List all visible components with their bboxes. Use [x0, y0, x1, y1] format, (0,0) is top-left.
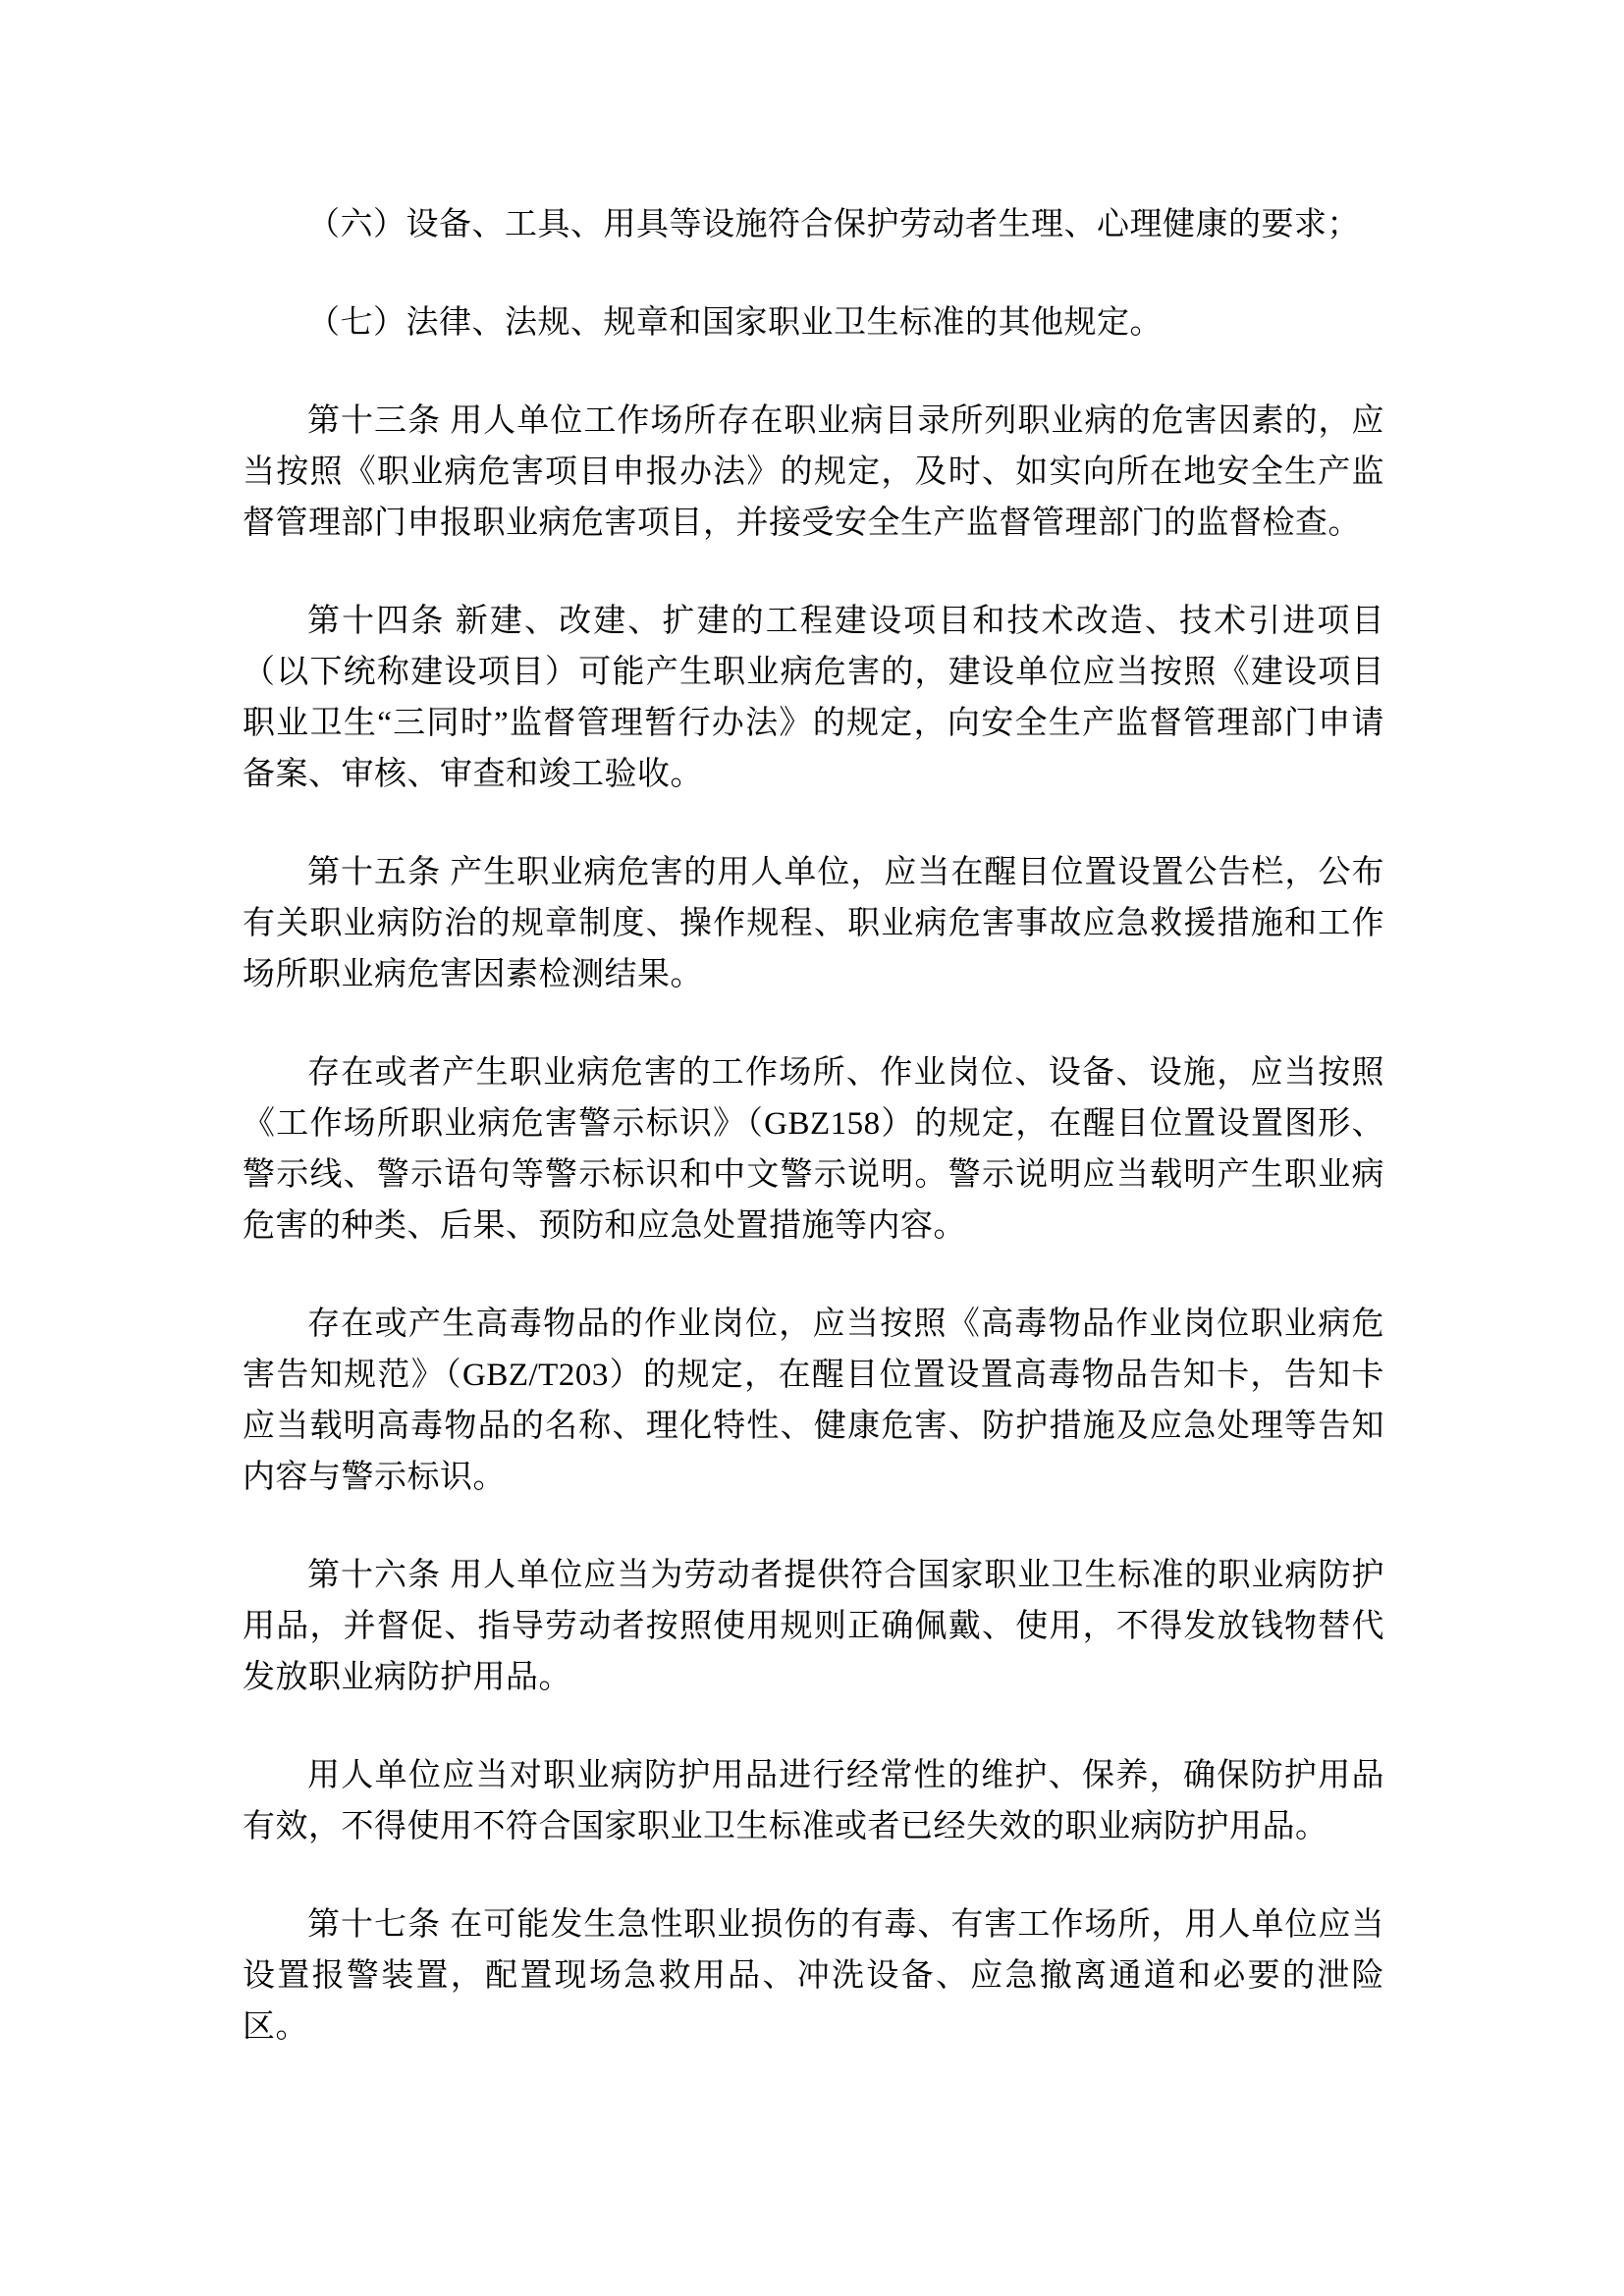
- article-16: 第十六条 用人单位应当为劳动者提供符合国家职业卫生标准的职业病防护用品，并督促、…: [243, 1550, 1384, 1703]
- clause-item-6: （六）设备、工具、用具等设施符合保护劳动者生理、心理健康的要求；: [243, 199, 1384, 250]
- article-17: 第十七条 在可能发生急性职业损伤的有毒、有害工作场所，用人单位应当设置报警装置，…: [243, 1899, 1384, 2053]
- article-16-paragraph-2: 用人单位应当对职业病防护用品进行经常性的维护、保养，确保防护用品有效，不得使用不…: [243, 1750, 1384, 1852]
- clause-item-7: （七）法律、法规、规章和国家职业卫生标准的其他规定。: [243, 297, 1384, 348]
- article-15: 第十五条 产生职业病危害的用人单位，应当在醒目位置设置公告栏，公布有关职业病防治…: [243, 847, 1384, 1000]
- document-body: （六）设备、工具、用具等设施符合保护劳动者生理、心理健康的要求； （七）法律、法…: [243, 199, 1384, 2053]
- document-page: （六）设备、工具、用具等设施符合保护劳动者生理、心理健康的要求； （七）法律、法…: [0, 0, 1624, 2296]
- article-15-paragraph-3: 存在或产生高毒物品的作业岗位，应当按照《高毒物品作业岗位职业病危害告知规范》（G…: [243, 1299, 1384, 1503]
- article-13: 第十三条 用人单位工作场所存在职业病目录所列职业病的危害因素的，应当按照《职业病…: [243, 396, 1384, 549]
- article-14: 第十四条 新建、改建、扩建的工程建设项目和技术改造、技术引进项目（以下统称建设项…: [243, 596, 1384, 800]
- article-15-paragraph-2: 存在或者产生职业病危害的工作场所、作业岗位、设备、设施，应当按照《工作场所职业病…: [243, 1047, 1384, 1252]
